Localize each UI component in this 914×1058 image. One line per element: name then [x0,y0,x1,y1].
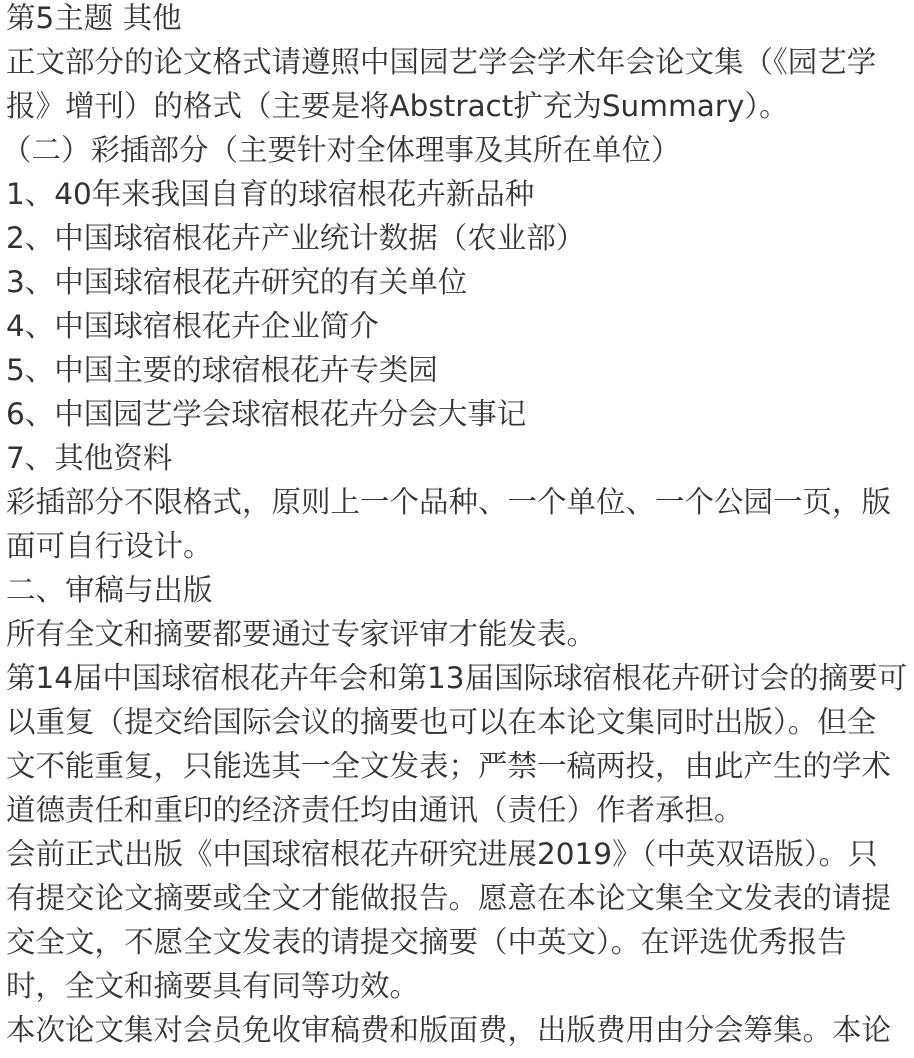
subsection-heading: （二）彩插部分（主要针对全体理事及其所在单位） [2,128,914,172]
paragraph-line: 彩插部分不限格式，原则上一个品种、一个单位、一个公园一页，版 [6,480,914,524]
paragraph-line: 文不能重复，只能选其一全文发表；严禁一稿两投，由此产生的学术 [6,744,914,788]
list-item: 1、40年来我国自育的球宿根花卉新品种 [6,172,914,216]
list-item: 4、中国球宿根花卉企业简介 [6,304,914,348]
list-item: 3、中国球宿根花卉研究的有关单位 [6,260,914,304]
list-item: 6、中国园艺学会球宿根花卉分会大事记 [6,392,914,436]
paragraph-line: 本次论文集对会员免收审稿费和版面费，出版费用由分会筹集。本论 [6,1008,914,1052]
list-item: 2、中国球宿根花卉产业统计数据（农业部） [6,216,914,260]
paragraph-line: 道德责任和重印的经济责任均由通讯（责任）作者承担。 [6,788,914,832]
document-body: 第5主题 其他 正文部分的论文格式请遵照中国园艺学会学术年会论文集（《园艺学 报… [0,0,914,1052]
paragraph-line: 所有全文和摘要都要通过专家评审才能发表。 [6,612,914,656]
paragraph-line: 正文部分的论文格式请遵照中国园艺学会学术年会论文集（《园艺学 [6,40,914,84]
section-heading: 二、审稿与出版 [6,568,914,612]
paragraph-line: 报》增刊）的格式（主要是将Abstract扩充为Summary）。 [6,84,914,128]
paragraph-line: 第14届中国球宿根花卉年会和第13届国际球宿根花卉研讨会的摘要可 [6,656,914,700]
section-heading: 第5主题 其他 [6,0,914,40]
paragraph-line: 交全文，不愿全文发表的请提交摘要（中英文）。在评选优秀报告 [6,920,914,964]
list-item: 7、其他资料 [6,436,914,480]
list-item: 5、中国主要的球宿根花卉专类园 [6,348,914,392]
paragraph-line: 以重复（提交给国际会议的摘要也可以在本论文集同时出版）。但全 [6,700,914,744]
paragraph-line: 时，全文和摘要具有同等功效。 [6,964,914,1008]
paragraph-line: 有提交论文摘要或全文才能做报告。愿意在本论文集全文发表的请提 [6,876,914,920]
paragraph-line: 面可自行设计。 [6,524,914,568]
paragraph-line: 会前正式出版《中国球宿根花卉研究进展2019》（中英双语版）。只 [6,832,914,876]
